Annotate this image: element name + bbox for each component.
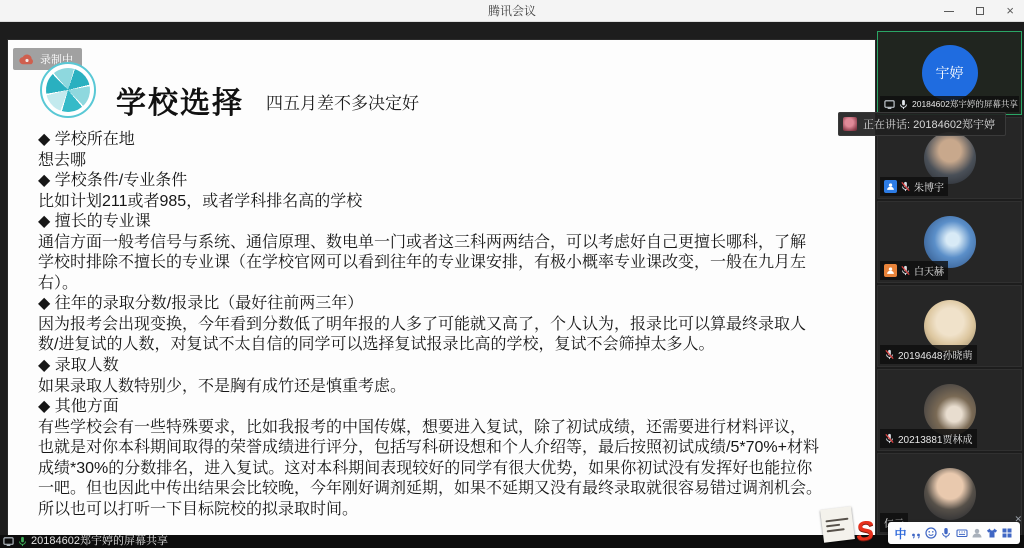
participant-label: 白天赫: [880, 261, 948, 280]
speaker-avatar-icon: [843, 117, 857, 131]
screen-share-content: 录制中 学校选择 四五月差不多决定好 ◆ 学校所在地 想去哪 ◆ 学校条件/专业…: [8, 40, 875, 535]
ime-close-icon[interactable]: ✕: [1014, 514, 1022, 525]
tencent-meeting-window: 腾讯会议 × 录制中 学校选择 四五月差不多决定好 ◆ 学校所在地 想去哪 ◆ …: [0, 0, 1024, 548]
minimize-button[interactable]: [944, 0, 954, 22]
mic-muted-icon: [884, 349, 895, 360]
host-badge-icon: [884, 180, 897, 193]
screen-share-status-icon: [3, 536, 14, 547]
pinwheel-logo-icon: [40, 62, 96, 118]
close-button[interactable]: ×: [1006, 0, 1014, 22]
cloud-record-icon: [19, 54, 35, 65]
ime-account-icon[interactable]: [970, 524, 983, 542]
meeting-stage: 录制中 学校选择 四五月差不多决定好 ◆ 学校所在地 想去哪 ◆ 学校条件/专业…: [0, 22, 1024, 548]
calligraphy-stamp: [820, 506, 855, 543]
speaking-indicator-tooltip: 正在讲话: 20184602郑宇婷: [838, 112, 1006, 136]
maximize-button[interactable]: [976, 0, 984, 22]
ime-punctuation-icon[interactable]: [909, 524, 922, 542]
ime-emoji-icon[interactable]: [925, 524, 938, 542]
ime-toolbar[interactable]: 中 ✕: [888, 522, 1020, 544]
video-tile[interactable]: 白天赫: [877, 201, 1022, 283]
window-title: 腾讯会议: [488, 2, 536, 19]
window-controls: ×: [944, 0, 1014, 22]
video-tile[interactable]: 20194648孙晓萌: [877, 285, 1022, 367]
status-bar-text: 20184602郑宇婷的屏幕共享: [31, 535, 168, 548]
participant-sidebar: 宇婷 20184602郑宇婷的屏幕共享 朱博宇: [877, 31, 1022, 535]
sogou-logo-icon: S: [854, 515, 875, 548]
participant-label: 20194648孙晓萌: [880, 345, 977, 364]
ime-toolbox-icon[interactable]: [1001, 524, 1014, 542]
avatar: [924, 468, 976, 520]
cohost-badge-icon: [884, 264, 897, 277]
ime-voice-icon[interactable]: [940, 524, 953, 542]
slide-subtitle: 四五月差不多决定好: [266, 89, 419, 114]
ime-keyboard-icon[interactable]: [955, 524, 968, 542]
mic-active-status-icon: [17, 536, 28, 547]
video-tile[interactable]: 20213881贾林成: [877, 369, 1022, 451]
video-tile-screen-share[interactable]: 宇婷 20184602郑宇婷的屏幕共享: [877, 31, 1022, 115]
participant-label: 朱博宇: [880, 177, 948, 196]
slide-body-text: ◆ 学校所在地 想去哪 ◆ 学校条件/专业条件 比如计划211或者985，或者学…: [38, 130, 876, 520]
mic-muted-icon: [900, 265, 911, 276]
slide-title: 学校选择: [116, 78, 244, 122]
minimize-icon: [944, 11, 954, 12]
ime-skin-icon[interactable]: [986, 524, 999, 542]
screen-share-icon: [884, 99, 895, 110]
avatar: 宇婷: [922, 45, 978, 101]
participant-label: 20213881贾林成: [880, 429, 977, 448]
maximize-icon: [976, 7, 984, 15]
participant-label: 20184602郑宇婷的屏幕共享: [880, 96, 1019, 112]
speaking-text: 正在讲话: 20184602郑宇婷: [863, 116, 995, 132]
mic-muted-icon: [884, 433, 895, 444]
mic-on-icon: [898, 99, 909, 110]
mic-muted-icon: [900, 181, 911, 192]
ime-mode-toggle[interactable]: 中: [894, 524, 907, 542]
titlebar: 腾讯会议 ×: [0, 0, 1024, 22]
